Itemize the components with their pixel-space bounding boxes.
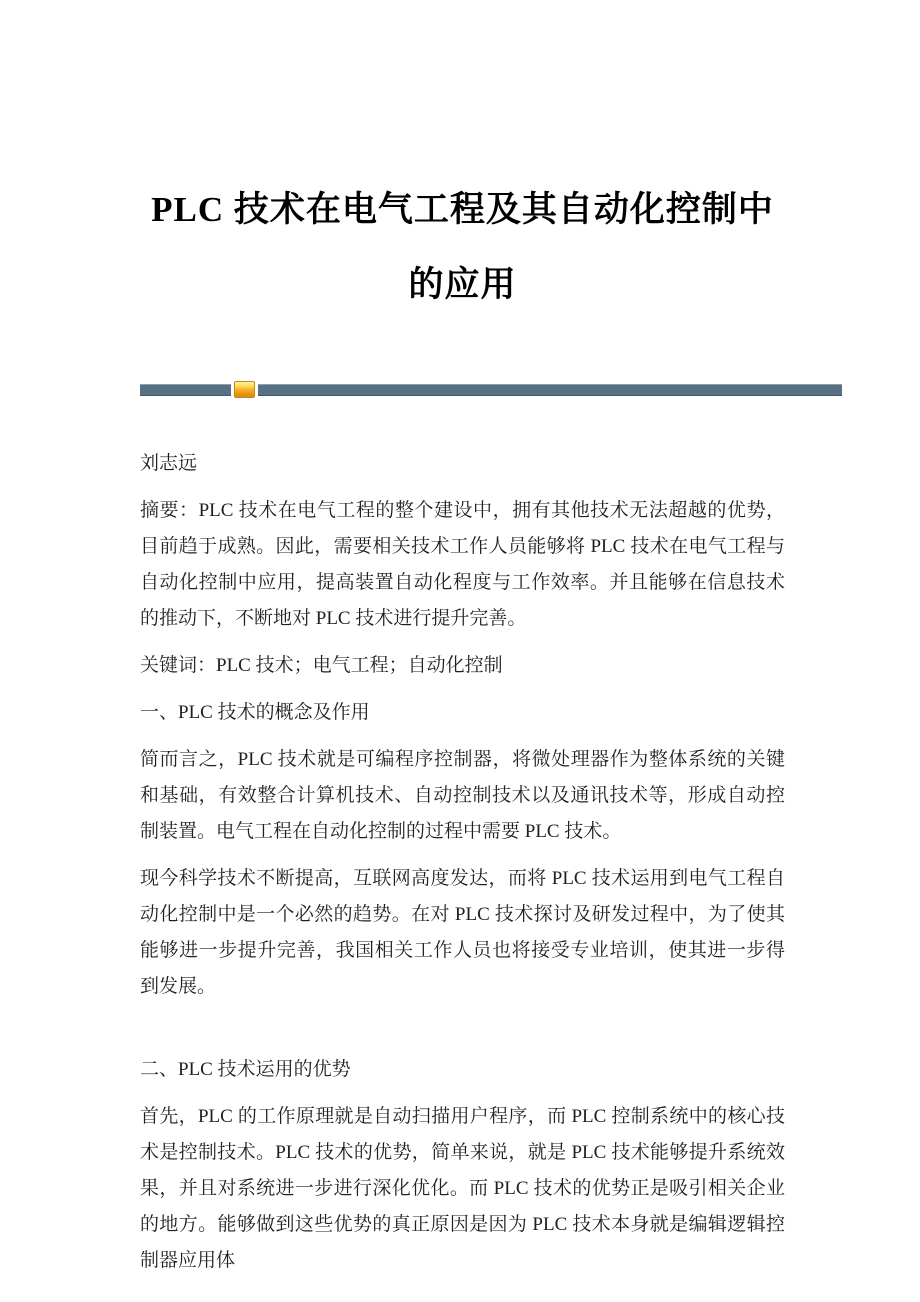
keywords-paragraph: 关键词：PLC 技术；电气工程；自动化控制 [140,648,785,684]
blank-line [140,1016,785,1052]
author-name: 刘志远 [140,446,785,482]
section-heading-1: 一、PLC 技术的概念及作用 [140,695,785,731]
article-title-line-1: PLC 技术在电气工程及其自动化控制中 [140,172,785,247]
document-page: PLC 技术在电气工程及其自动化控制中 的应用 刘志远 摘要：PLC 技术在电气… [0,0,920,1302]
body-paragraph: 简而言之，PLC 技术就是可编程序控制器，将微处理器作为整体系统的关键和基础，有… [140,742,785,850]
article-title: PLC 技术在电气工程及其自动化控制中 的应用 [140,172,785,322]
article-title-line-2: 的应用 [140,247,785,322]
envelope-icon [234,381,255,398]
article-body: 摘要：PLC 技术在电气工程的整个建设中，拥有其他技术无法超越的优势，目前趋于成… [140,493,785,1279]
section-heading-2: 二、PLC 技术运用的优势 [140,1052,785,1088]
abstract-paragraph: 摘要：PLC 技术在电气工程的整个建设中，拥有其他技术无法超越的优势，目前趋于成… [140,493,785,637]
body-paragraph: 首先，PLC 的工作原理就是自动扫描用户程序，而 PLC 控制系统中的核心技术是… [140,1099,785,1279]
document-content: PLC 技术在电气工程及其自动化控制中 的应用 刘志远 摘要：PLC 技术在电气… [140,172,785,1279]
divider-rule [140,384,842,396]
body-paragraph: 现今科学技术不断提高，互联网高度发达，而将 PLC 技术运用到电气工程自动化控制… [140,861,785,1005]
